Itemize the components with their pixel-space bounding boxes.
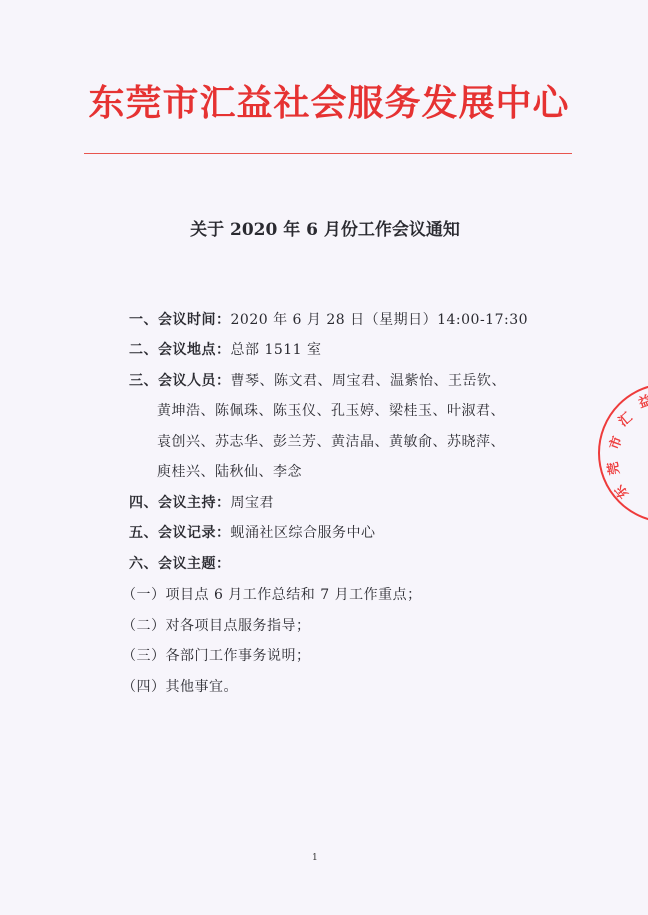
page-number: 1 [312, 853, 318, 863]
organization-letterhead: 东莞市汇益社会服务发展中心 [84, 80, 574, 128]
seal-char: 市 [603, 433, 625, 452]
letterhead-divider [84, 153, 572, 154]
item-meeting-location: 二、会议地点：总部 1511 室 [129, 340, 322, 360]
official-seal: 益 汇 市 莞 东 [598, 383, 648, 523]
seal-char: 东 [609, 481, 632, 503]
item-label: 六、会议主题： [129, 556, 231, 572]
attendees-line-2: 黄坤浩、陈佩珠、陈玉仪、孔玉婷、梁桂玉、叶淑君、 [157, 401, 505, 421]
item-label: 二、会议地点： [129, 342, 231, 358]
item-value: 2020 年 6 月 28 日（星期日）14:00-17:30 [231, 312, 529, 328]
item-meeting-recorder: 五、会议记录：蚬涌社区综合服务中心 [129, 523, 376, 543]
seal-char: 汇 [613, 407, 635, 430]
topic-2: （二）对各项目点服务指导； [122, 616, 311, 636]
topic-3: （三）各部门工作事务说明； [122, 646, 311, 666]
document-page: 东莞市汇益社会服务发展中心 关于 2020 年 6 月份工作会议通知 一、会议时… [0, 0, 648, 915]
item-meeting-topics: 六、会议主题： [129, 554, 231, 574]
topic-4: （四）其他事宜。 [122, 677, 238, 697]
item-meeting-time: 一、会议时间：2020 年 6 月 28 日（星期日）14:00-17:30 [129, 310, 528, 330]
document-title: 关于 2020 年 6 月份工作会议通知 [150, 215, 500, 240]
item-meeting-attendees: 三、会议人员：曹琴、陈文君、周宝君、温紫怡、王岳钦、 [129, 371, 506, 391]
item-label: 四、会议主持： [129, 495, 231, 511]
seal-char: 益 [635, 389, 648, 411]
seal-char: 莞 [602, 460, 623, 476]
item-value: 蚬涌社区综合服务中心 [231, 525, 376, 541]
item-label: 一、会议时间： [129, 312, 231, 328]
item-value: 周宝君 [231, 495, 275, 511]
item-value: 曹琴、陈文君、周宝君、温紫怡、王岳钦、 [231, 373, 507, 389]
attendees-line-4: 庾桂兴、陆秋仙、李念 [157, 462, 302, 482]
topic-1: （一）项目点 6 月工作总结和 7 月工作重点； [122, 585, 422, 605]
item-value: 总部 1511 室 [231, 342, 322, 358]
item-label: 五、会议记录： [129, 525, 231, 541]
item-label: 三、会议人员： [129, 373, 231, 389]
attendees-line-3: 袁创兴、苏志华、彭兰芳、黄洁晶、黄敏俞、苏晓萍、 [157, 432, 505, 452]
item-meeting-host: 四、会议主持：周宝君 [129, 493, 274, 513]
